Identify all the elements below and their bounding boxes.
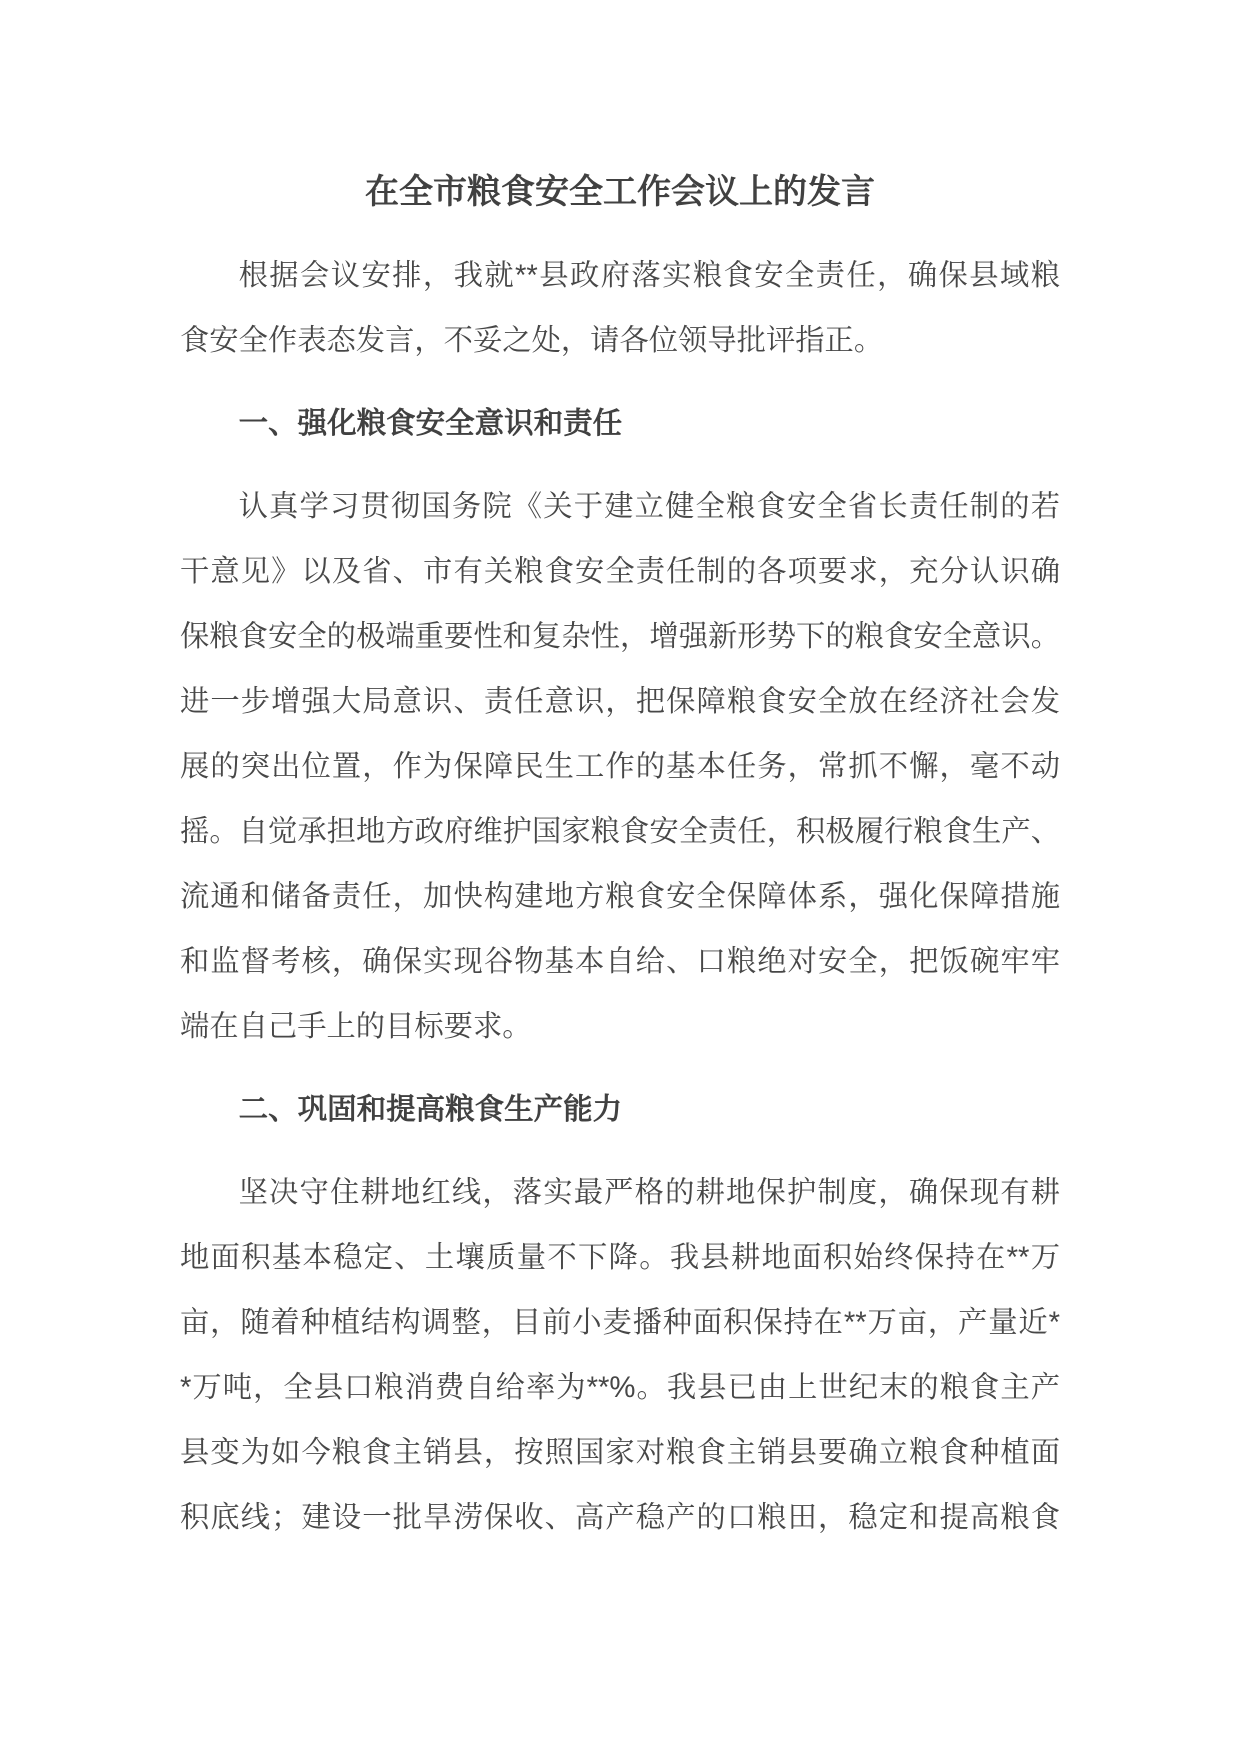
intro-paragraph: 根据会议安排，我就**县政府落实粮食安全责任，确保县域粮食安全作表态发言，不妥之…: [180, 243, 1060, 373]
text-line: 端在自己手上的目标要求。: [180, 994, 1060, 1059]
text-line: *万吨，全县口粮消费自给率为**%。我县已由上世纪末的粮食主产: [180, 1355, 1060, 1420]
text-line: 亩，随着种植结构调整，目前小麦播种面积保持在**万亩，产量近*: [180, 1290, 1060, 1355]
text-line: 地面积基本稳定、土壤质量不下降。我县耕地面积始终保持在**万: [180, 1225, 1060, 1290]
text-line: 展的突出位置，作为保障民生工作的基本任务，常抓不懈，毫不动: [180, 734, 1060, 799]
section-heading-1: 一、强化粮食安全意识和责任: [180, 391, 1060, 456]
document-title: 在全市粮食安全工作会议上的发言: [180, 160, 1060, 225]
text-line: 摇。自觉承担地方政府维护国家粮食安全责任，积极履行粮食生产、: [180, 799, 1060, 864]
text-line: 坚决守住耕地红线，落实最严格的耕地保护制度，确保现有耕: [180, 1160, 1060, 1225]
section-2-paragraph: 坚决守住耕地红线，落实最严格的耕地保护制度，确保现有耕地面积基本稳定、土壤质量不…: [180, 1160, 1060, 1550]
text-line: 根据会议安排，我就**县政府落实粮食安全责任，确保县域粮: [180, 243, 1060, 308]
text-line: 积底线；建设一批旱涝保收、高产稳产的口粮田，稳定和提高粮食: [180, 1485, 1060, 1550]
section-1-paragraph: 认真学习贯彻国务院《关于建立健全粮食安全省长责任制的若干意见》以及省、市有关粮食…: [180, 474, 1060, 1059]
text-line: 在全市粮食安全工作会议上的发言: [180, 160, 1060, 225]
text-line: 保粮食安全的极端重要性和复杂性，增强新形势下的粮食安全意识。: [180, 604, 1060, 669]
text-line: 县变为如今粮食主销县，按照国家对粮食主销县要确立粮食种植面: [180, 1420, 1060, 1485]
text-line: 干意见》以及省、市有关粮食安全责任制的各项要求，充分认识确: [180, 539, 1060, 604]
text-line: 认真学习贯彻国务院《关于建立健全粮食安全省长责任制的若: [180, 474, 1060, 539]
section-heading-2: 二、巩固和提高粮食生产能力: [180, 1077, 1060, 1142]
text-line: 和监督考核，确保实现谷物基本自给、口粮绝对安全，把饭碗牢牢: [180, 929, 1060, 994]
document-page: 在全市粮食安全工作会议上的发言根据会议安排，我就**县政府落实粮食安全责任，确保…: [0, 0, 1240, 1754]
text-line: 进一步增强大局意识、责任意识，把保障粮食安全放在经济社会发: [180, 669, 1060, 734]
text-line: 二、巩固和提高粮食生产能力: [180, 1077, 1060, 1142]
document-body: 在全市粮食安全工作会议上的发言根据会议安排，我就**县政府落实粮食安全责任，确保…: [180, 160, 1060, 1550]
text-line: 一、强化粮食安全意识和责任: [180, 391, 1060, 456]
text-line: 食安全作表态发言，不妥之处，请各位领导批评指正。: [180, 308, 1060, 373]
text-line: 流通和储备责任，加快构建地方粮食安全保障体系，强化保障措施: [180, 864, 1060, 929]
